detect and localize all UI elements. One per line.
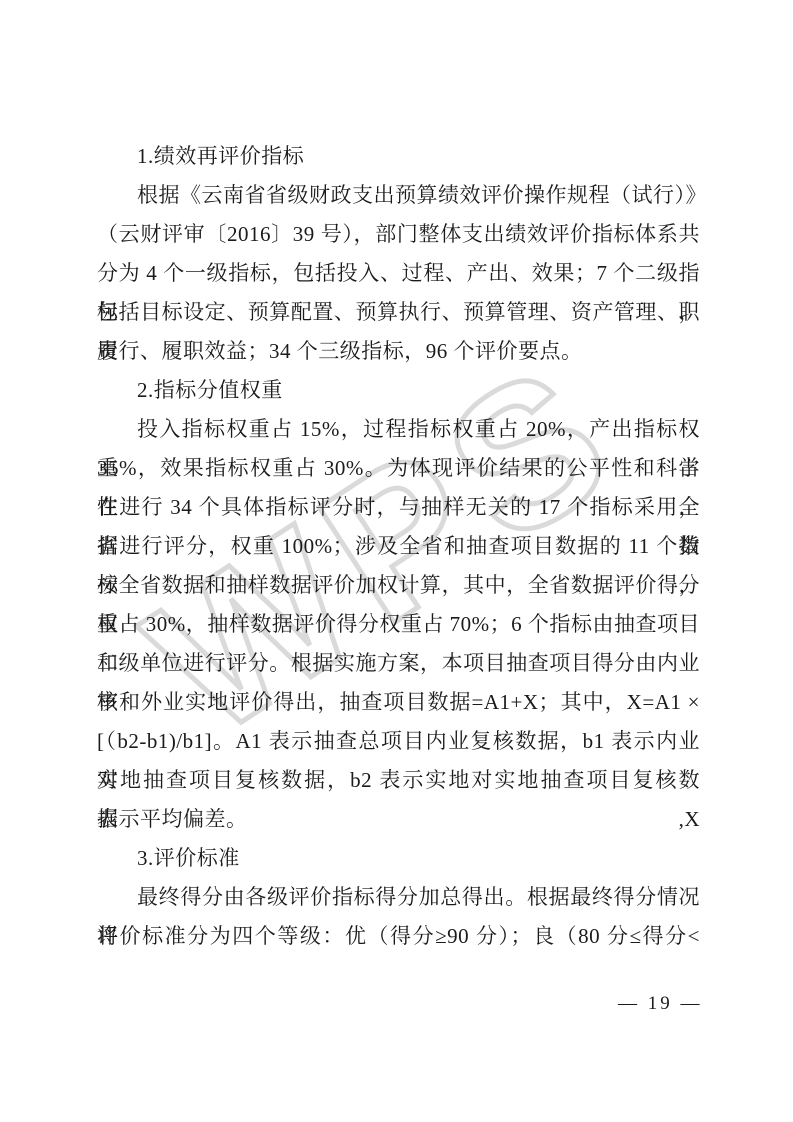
text-line: （云财评审〔2016〕39 号），部门整体支出绩效评价指标体系共 [97, 215, 700, 254]
section-heading: 3.评价标准 [97, 839, 700, 878]
text-line: 在进行 34 个具体指标评分时，与抽样无关的 17 个指标采用全省数 [97, 488, 700, 527]
text-line: 实地抽查项目复核数据，b2 表示实地对实地抽查项目复核数据,X [97, 761, 700, 800]
text-line: 核和外业实地评价得出，抽查项目数据=A1+X；其中，X=A1 × [97, 683, 700, 722]
text-line: 按全省数据和抽样数据评价加权计算，其中，全省数据评价得分权 [97, 566, 700, 605]
text-line: 履行、履职效益；34 个三级指标，96 个评价要点。 [97, 332, 700, 371]
text-line: 包括目标设定、预算配置、预算执行、预算管理、资产管理、职责 [97, 293, 700, 332]
text-line: [（b2-b1)/b1]。A1 表示抽查总项目内业复核数据，b1 表示内业对 [97, 722, 700, 761]
document-page: WPS 1.绩效再评价指标 根据《云南省省级财政支出预算绩效评价操作规程（试行）… [0, 0, 793, 1122]
text-line: 据进行评分，权重 100%；涉及全省和抽查项目数据的 11 个指标， [97, 527, 700, 566]
page-number: — 19 — [618, 993, 703, 1015]
text-line: 二级单位进行评分。根据实施方案，本项目抽查项目得分由内业审 [97, 644, 700, 683]
text-line: 根据《云南省省级财政支出预算绩效评价操作规程（试行）》 [97, 176, 700, 215]
section-heading: 1.绩效再评价指标 [97, 137, 700, 176]
text-line: 评价标准分为四个等级：优（得分≥90 分）；良（80 分≤得分< [97, 917, 700, 956]
text-line: 最终得分由各级评价指标得分加总得出。根据最终得分情况将 [97, 878, 700, 917]
text-line: 35%，效果指标权重占 30%。为体现评价结果的公平性和科学性， [97, 449, 700, 488]
document-body: 1.绩效再评价指标 根据《云南省省级财政支出预算绩效评价操作规程（试行）》 （云… [97, 137, 700, 956]
section-heading: 2.指标分值权重 [97, 371, 700, 410]
text-line: 重占 30%，抽样数据评价得分权重占 70%；6 个指标由抽查项目和 [97, 605, 700, 644]
text-line: 分为 4 个一级指标，包括投入、过程、产出、效果；7 个二级指标， [97, 254, 700, 293]
text-line: 投入指标权重占 15%，过程指标权重占 20%，产出指标权重占 [97, 410, 700, 449]
